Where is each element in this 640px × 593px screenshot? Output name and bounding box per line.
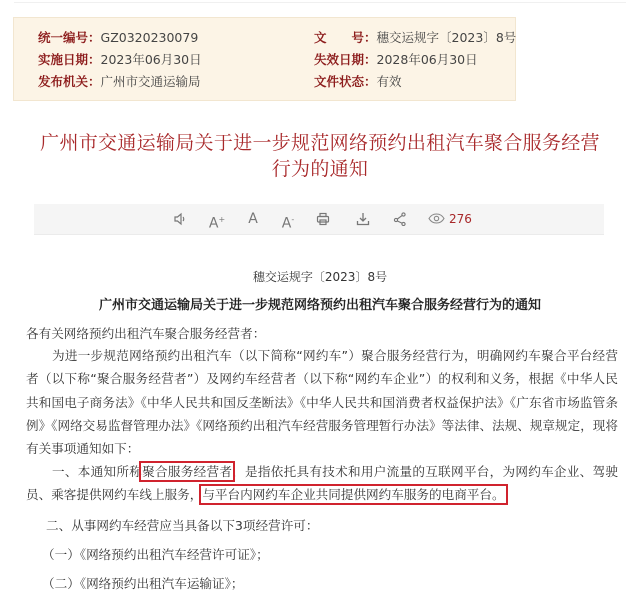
- meta-unified-number: 统一编号：GZ0320230079: [38, 28, 198, 48]
- meta-issuer: 发布机关：广州市交通运输局: [38, 72, 201, 92]
- article-toolbar: A+ A A- 276: [34, 204, 604, 235]
- print-button[interactable]: [312, 204, 334, 235]
- meta-label: 发布机关：: [38, 72, 101, 92]
- font-default-icon: A: [248, 211, 258, 227]
- share-icon: [393, 212, 407, 226]
- title-line-2: 行为的通知: [40, 156, 600, 182]
- list-item: （二）《网络预约出租汽车运输证》；: [42, 572, 634, 593]
- meta-value: 2028年06月30日: [377, 50, 478, 70]
- meta-value: 穗交运规字〔2023〕8号: [377, 28, 517, 48]
- salutation: 各有关网络预约出租汽车聚合服务经营者：: [26, 322, 618, 345]
- meta-doc-number: 文 号：穗交运规字〔2023〕8号: [314, 28, 516, 48]
- meta-label: 失效日期：: [314, 50, 377, 70]
- download-icon: [356, 212, 370, 226]
- list-item: （一）《网络预约出租汽车经营许可证》；: [42, 543, 634, 566]
- meta-value: 广州市交通运输局: [101, 72, 201, 92]
- font-increase-button[interactable]: A+: [206, 204, 228, 235]
- font-decrease-button[interactable]: A-: [277, 204, 299, 235]
- paragraph-intro: 为进一步规范网络预约出租汽车（以下简称“网约车”）聚合服务经营行为，明确网约车聚…: [26, 344, 618, 460]
- text-span: 一、本通知所称: [52, 464, 142, 479]
- view-count-value: 276: [449, 212, 472, 226]
- download-button[interactable]: [352, 204, 374, 235]
- document-number: 穗交运规字〔2023〕8号: [0, 268, 640, 285]
- font-decrease-icon: A: [282, 216, 292, 232]
- meta-status: 文件状态：有效: [314, 72, 402, 92]
- meta-label: 文件状态：: [314, 72, 377, 92]
- audio-icon: [173, 212, 187, 226]
- read-aloud-button[interactable]: [169, 204, 191, 235]
- highlighted-definition: 与平台内网约车企业共同提供网约车服务的电商平台。: [202, 487, 504, 502]
- meta-value: GZ0320230079: [101, 28, 199, 48]
- document-metadata-panel: 统一编号：GZ0320230079 文 号：穗交运规字〔2023〕8号 实施日期…: [13, 17, 516, 101]
- meta-effective-date: 实施日期：2023年06月30日: [38, 50, 202, 70]
- meta-expiry-date: 失效日期：2028年06月30日: [314, 50, 478, 70]
- print-icon: [316, 212, 330, 226]
- share-button[interactable]: [389, 204, 411, 235]
- meta-label: 统一编号：: [38, 28, 101, 48]
- highlighted-term: 聚合服务经营者: [142, 464, 232, 479]
- paragraph-licenses: 二、从事网约车经营应当具备以下3项经营许可：: [46, 514, 638, 537]
- paragraph-definition: 一、本通知所称聚合服务经营者，是指依托具有技术和用户流量的互联网平台，为网约车企…: [26, 460, 618, 507]
- font-default-button[interactable]: A: [242, 204, 264, 235]
- eye-icon: [428, 213, 445, 224]
- meta-value: 有效: [377, 72, 402, 92]
- view-count: 276: [428, 204, 472, 235]
- title-line-1: 广州市交通运输局关于进一步规范网络预约出租汽车聚合服务经营: [40, 130, 600, 156]
- top-divider: [14, 2, 626, 3]
- meta-label: 文 号：: [314, 28, 377, 48]
- document-heading: 广州市交通运输局关于进一步规范网络预约出租汽车聚合服务经营行为的通知: [0, 294, 640, 313]
- font-increase-icon: A: [209, 216, 219, 232]
- page-title: 广州市交通运输局关于进一步规范网络预约出租汽车聚合服务经营 行为的通知: [40, 130, 600, 182]
- meta-value: 2023年06月30日: [101, 50, 202, 70]
- meta-label: 实施日期：: [38, 50, 101, 70]
